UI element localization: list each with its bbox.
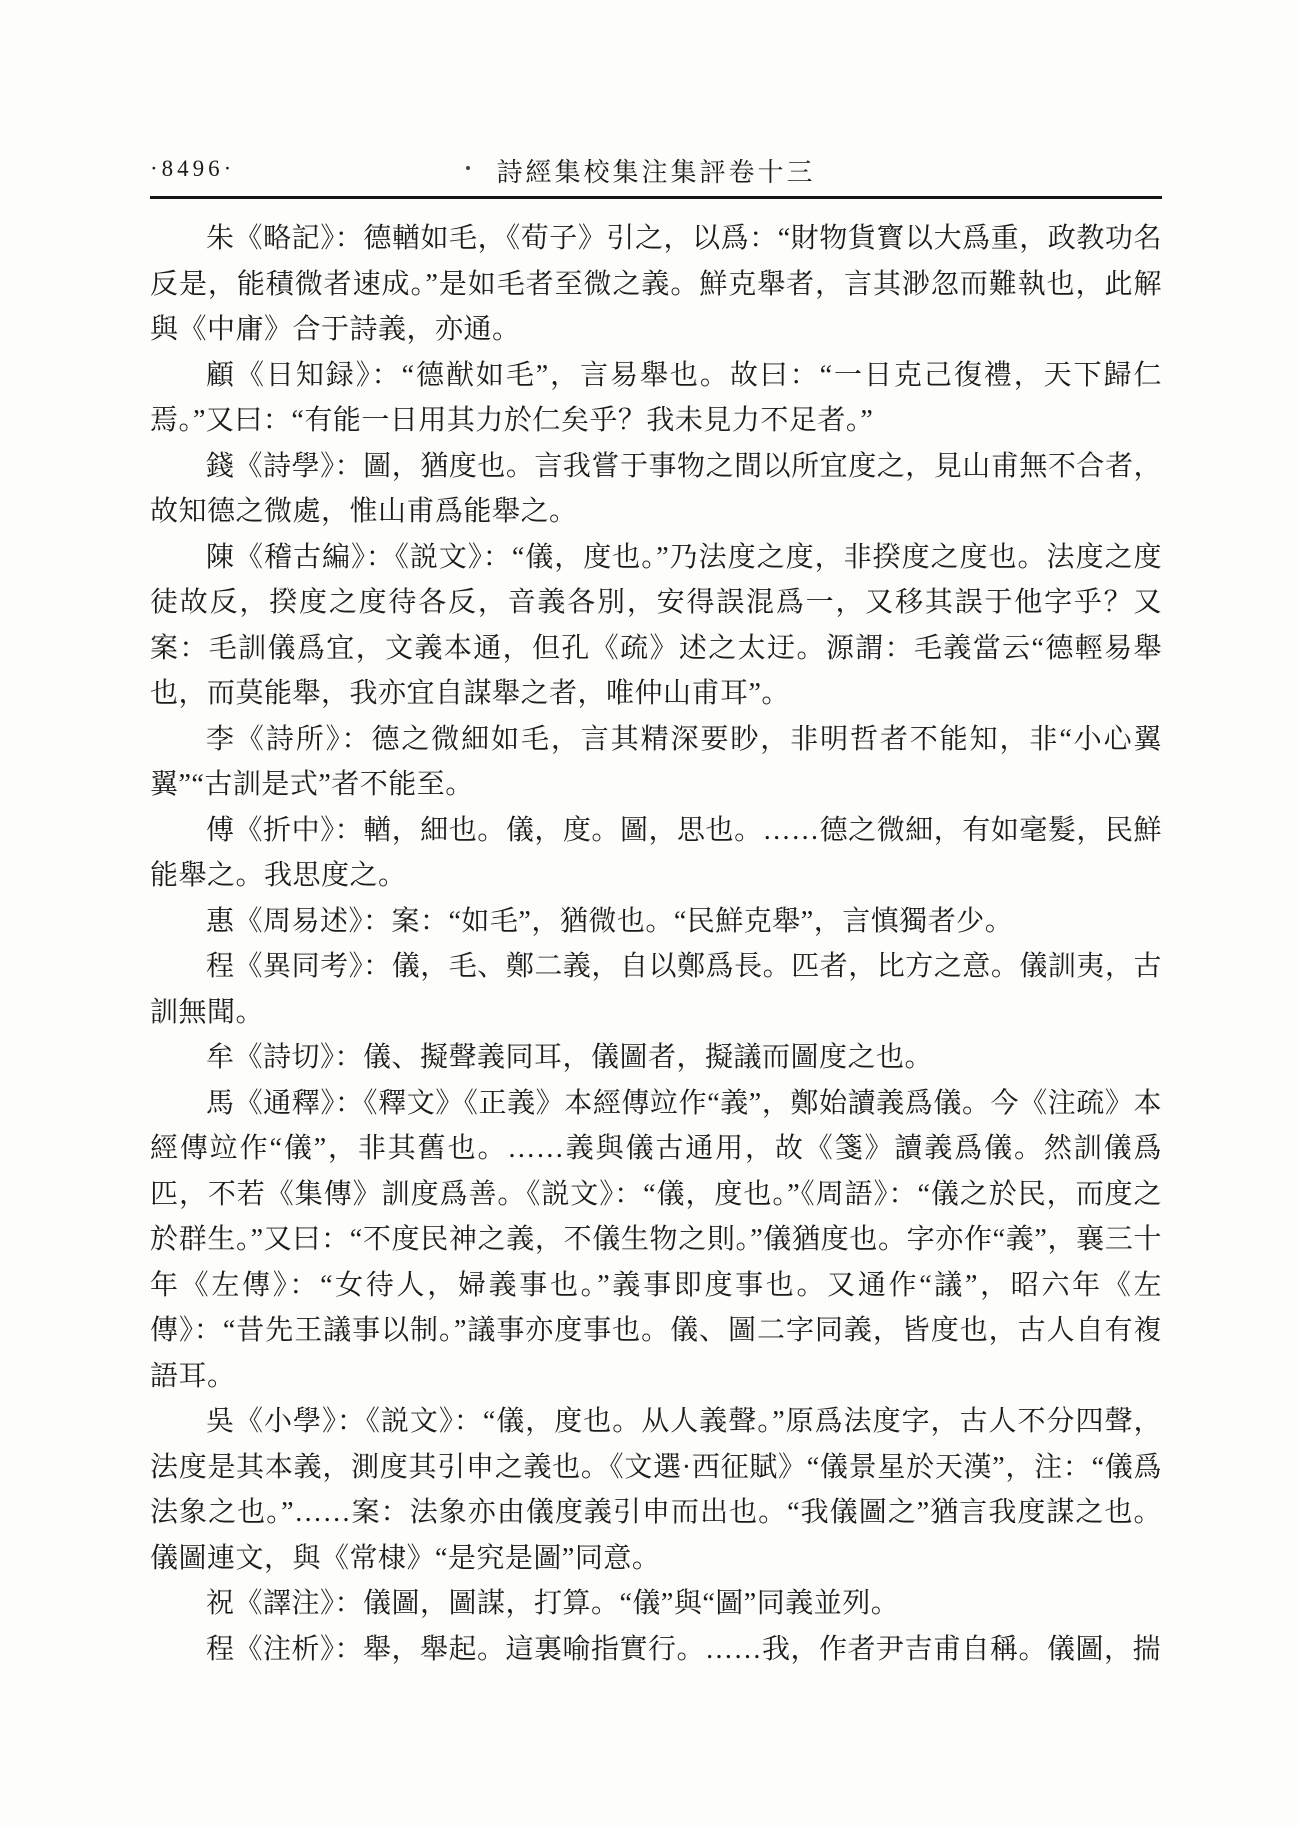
commentary-paragraph-gu-rizhilu: 顧《日知録》：“德猷如毛”，言易舉也。故曰：“一日克己復禮，天下歸仁焉。”又曰：… [150, 353, 1162, 444]
header-rule [150, 196, 1162, 199]
commentary-paragraph-zhu-lueji: 朱《略記》：德輶如毛，《荀子》引之，以爲：“財物貨寳以大爲重，政教功名反是，能積… [150, 216, 1162, 353]
commentary-paragraph-cheng-zhuxi: 程《注析》：舉，舉起。這裏喻指實行。……我，作者尹吉甫自稱。儀圖，揣 [150, 1627, 1162, 1673]
running-title: 詩經集校集注集評卷十三 [150, 152, 1162, 189]
commentary-paragraph-chen-jigubian: 陳《稽古編》：《説文》：“儀，度也。”乃法度之度，非揆度之度也。法度之度徒故反，… [150, 535, 1162, 717]
scanned-book-page: ·8496· 詩經集校集注集評卷十三 朱《略記》：德輶如毛，《荀子》引之，以爲：… [0, 0, 1300, 1827]
commentary-paragraph-li-shisuo: 李《詩所》：德之微細如毛，言其精深要眇，非明哲者不能知，非“小心翼翼”“古訓是式… [150, 717, 1162, 808]
commentary-text: 朱《略記》：德輶如毛，《荀子》引之，以爲：“財物貨寳以大爲重，政教功名反是，能積… [150, 216, 1162, 1672]
commentary-paragraph-wu-xiaoxue: 吳《小學》：《説文》：“儀，度也。从人義聲。”原爲法度字，古人不分四聲，法度是其… [150, 1399, 1162, 1581]
commentary-paragraph-mou-shiqie: 牟《詩切》：儀、擬聲義同耳，儀圖者，擬議而圖度之也。 [150, 1035, 1162, 1081]
commentary-paragraph-zhu-yizhu: 祝《譯注》：儀圖，圖謀，打算。“儀”與“圖”同義並列。 [150, 1581, 1162, 1627]
page-header: ·8496· 詩經集校集注集評卷十三 [150, 150, 1162, 186]
commentary-paragraph-ma-tongshi: 馬《通釋》：《釋文》《正義》本經傳竝作“義”，鄭始讀義爲儀。今《注疏》本經傳竝作… [150, 1081, 1162, 1400]
commentary-paragraph-hui-zhouyishu: 惠《周易述》：案：“如毛”，猶微也。“民鮮克舉”，言慎獨者少。 [150, 899, 1162, 945]
commentary-paragraph-fu-zhezhong: 傅《折中》：輶，細也。儀，度。圖，思也。……德之微細，有如毫髮，民鮮能舉之。我思… [150, 808, 1162, 899]
commentary-paragraph-qian-shixue: 錢《詩學》：圖，猶度也。言我嘗于事物之間以所宜度之，見山甫無不合者，故知德之微處… [150, 444, 1162, 535]
ink-speck [466, 166, 470, 170]
commentary-paragraph-cheng-yitongkao: 程《異同考》：儀，毛、鄭二義，自以鄭爲長。匹者，比方之意。儀訓夷，古訓無聞。 [150, 944, 1162, 1035]
